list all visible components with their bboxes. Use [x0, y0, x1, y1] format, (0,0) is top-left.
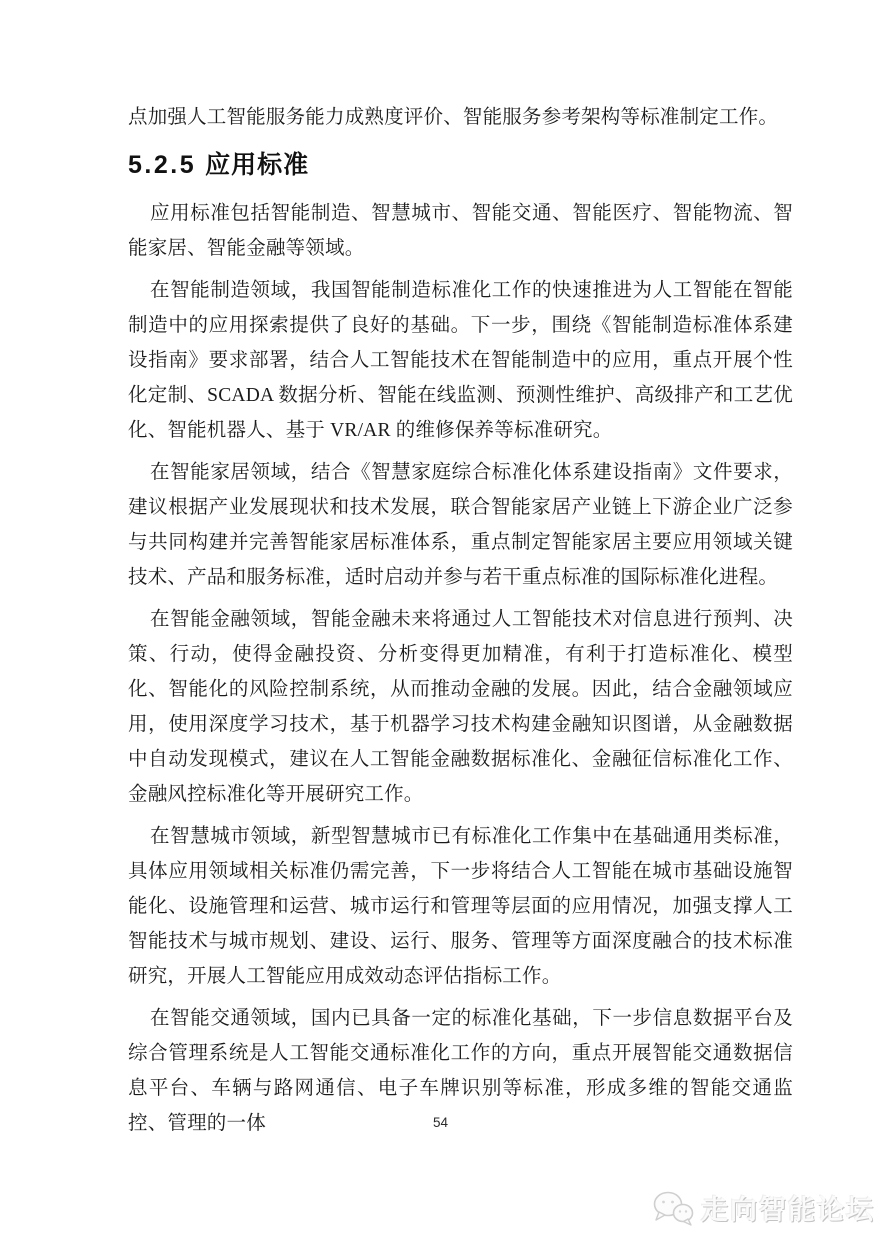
section-title: 应用标准: [205, 151, 309, 179]
paragraph-smart-home: 在智能家居领域，结合《智慧家庭综合标准化体系建设指南》文件要求，建议根据产业发展…: [128, 455, 793, 595]
paragraph-continuation: 点加强人工智能服务能力成熟度评价、智能服务参考架构等标准制定工作。: [128, 100, 793, 135]
section-number: 5.2.5: [128, 151, 196, 179]
watermark-text: 走向智能论坛: [701, 1188, 875, 1227]
paragraph-smart-city: 在智慧城市领域，新型智慧城市已有标准化工作集中在基础通用类标准，具体应用领域相关…: [128, 819, 793, 994]
document-page: 点加强人工智能服务能力成熟度评价、智能服务参考架构等标准制定工作。 5.2.5应…: [0, 0, 881, 1245]
paragraph-application-overview: 应用标准包括智能制造、智慧城市、智能交通、智能医疗、智能物流、智能家居、智能金融…: [128, 196, 793, 266]
page-content: 点加强人工智能服务能力成熟度评价、智能服务参考架构等标准制定工作。 5.2.5应…: [128, 100, 793, 1148]
page-number: 54: [0, 1115, 881, 1130]
paragraph-smart-finance: 在智能金融领域，智能金融未来将通过人工智能技术对信息进行预判、决策、行动，使得金…: [128, 602, 793, 812]
paragraph-smart-manufacturing: 在智能制造领域，我国智能制造标准化工作的快速推进为人工智能在智能制造中的应用探索…: [128, 273, 793, 448]
section-heading: 5.2.5应用标准: [128, 150, 793, 180]
wechat-chat-bubbles-icon: [652, 1189, 694, 1227]
watermark: 走向智能论坛: [652, 1188, 875, 1227]
